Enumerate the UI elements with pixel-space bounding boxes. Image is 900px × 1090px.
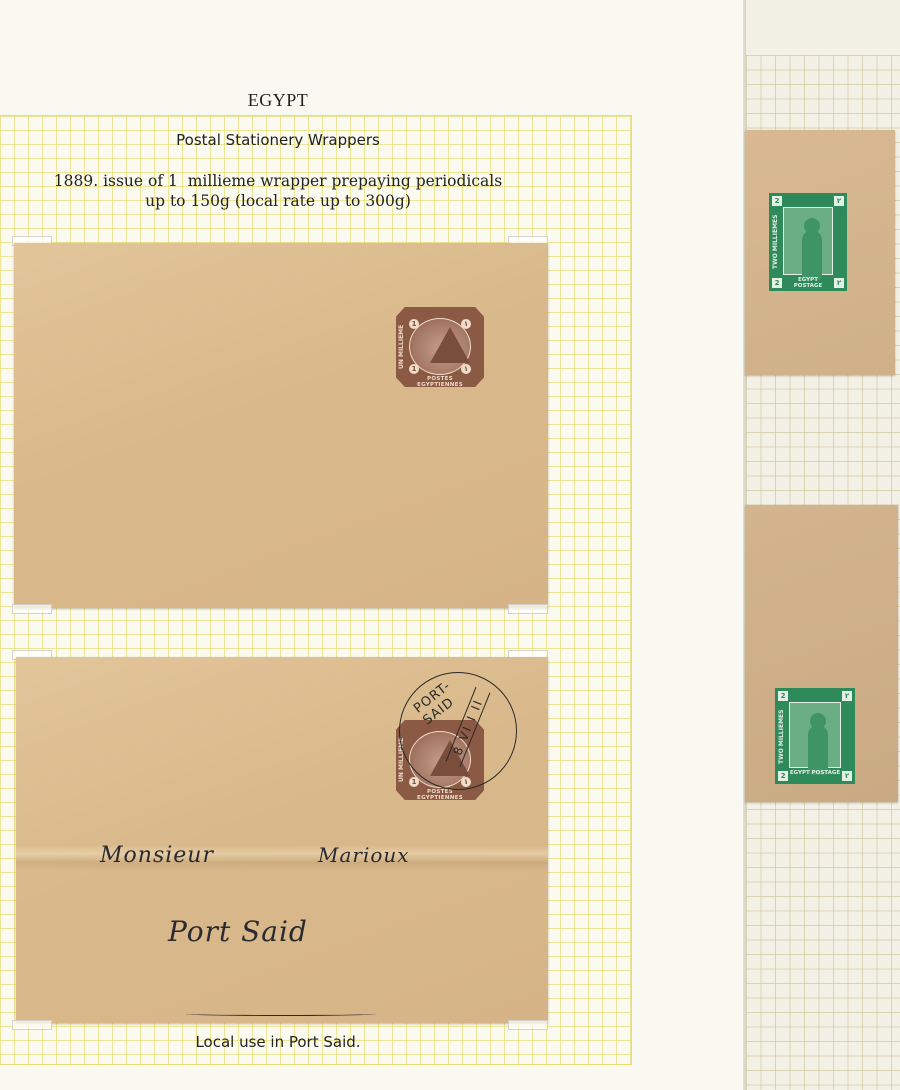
indicium-sphinx-pyramid: UN MILLIEME POSTES EGYPTIENNES 1 1 ١ ١ (396, 307, 484, 387)
page-title: EGYPT (0, 90, 556, 111)
value-numeral-arabic: ٢ (834, 196, 844, 206)
value-numeral: 1 (409, 319, 419, 329)
wrapper-green-2m-b: TWO MILLIEMES EGYPT POSTAGE 2 2 ٢ ٢ (745, 505, 898, 802)
indicium-bottom-text: EGYPT POSTAGE (789, 770, 841, 781)
value-numeral: 1 (409, 364, 419, 374)
indicium-bottom-text: POSTES EGYPTIENNES (408, 376, 472, 386)
indicium-isis: TWO MILLIEMES EGYPT POSTAGE 2 2 ٢ ٢ (769, 193, 847, 291)
value-numeral: 2 (778, 771, 788, 781)
description-line-1: 1889. issue of 1 millieme wrapper prepay… (0, 171, 556, 191)
description-line-2: up to 150g (local rate up to 300g) (0, 191, 556, 211)
mount-corner (508, 604, 548, 614)
value-numeral: 2 (772, 278, 782, 288)
indicium-isis: TWO MILLIEMES EGYPT POSTAGE 2 2 ٢ ٢ (775, 688, 855, 784)
value-numeral-arabic: ١ (461, 364, 471, 374)
page-caption: Local use in Port Said. (0, 1033, 556, 1051)
mount-corner (12, 604, 52, 614)
vignette-frame (783, 207, 833, 275)
value-numeral: 2 (772, 196, 782, 206)
value-numeral: 2 (778, 691, 788, 701)
indicium-bottom-text: POSTES EGYPTIENNES (408, 789, 472, 799)
fold-crease (16, 845, 548, 871)
mount-corner (12, 1020, 52, 1030)
value-numeral-arabic: ١ (461, 319, 471, 329)
handwritten-underline (186, 1012, 376, 1016)
address-city: Port Said (168, 915, 308, 948)
page-description: 1889. issue of 1 millieme wrapper prepay… (0, 171, 556, 211)
wrapper-unused-1m: UN MILLIEME POSTES EGYPTIENNES 1 1 ١ ١ (14, 243, 548, 608)
wrapper-green-2m-a: TWO MILLIEMES EGYPT POSTAGE 2 2 ٢ ٢ (745, 130, 895, 375)
value-numeral-arabic: ٢ (842, 771, 852, 781)
indicium-side-text: UN MILLIEME (398, 317, 408, 377)
indicium-bottom-text: EGYPT POSTAGE (783, 277, 833, 288)
address-line-2: Marioux (318, 843, 410, 867)
value-numeral: 1 (409, 777, 419, 787)
isis-figure-icon (808, 725, 828, 775)
indicium-side-text: TWO MILLIEMES (772, 207, 782, 277)
indicium-side-text: TWO MILLIEMES (778, 702, 788, 772)
vignette-frame (789, 702, 841, 768)
pyramid-icon (430, 327, 470, 363)
address-line-1: Monsieur (100, 843, 214, 868)
album-page-left: EGYPT Postal Stationery Wrappers 1889. i… (0, 0, 745, 1090)
value-numeral-arabic: ٢ (842, 691, 852, 701)
isis-figure-icon (802, 230, 822, 280)
page-subtitle: Postal Stationery Wrappers (0, 131, 556, 149)
postmark-cancel: PORT-SAID 8 VI I II (399, 672, 517, 790)
mount-corner (508, 1020, 548, 1030)
value-numeral-arabic: ٢ (834, 278, 844, 288)
